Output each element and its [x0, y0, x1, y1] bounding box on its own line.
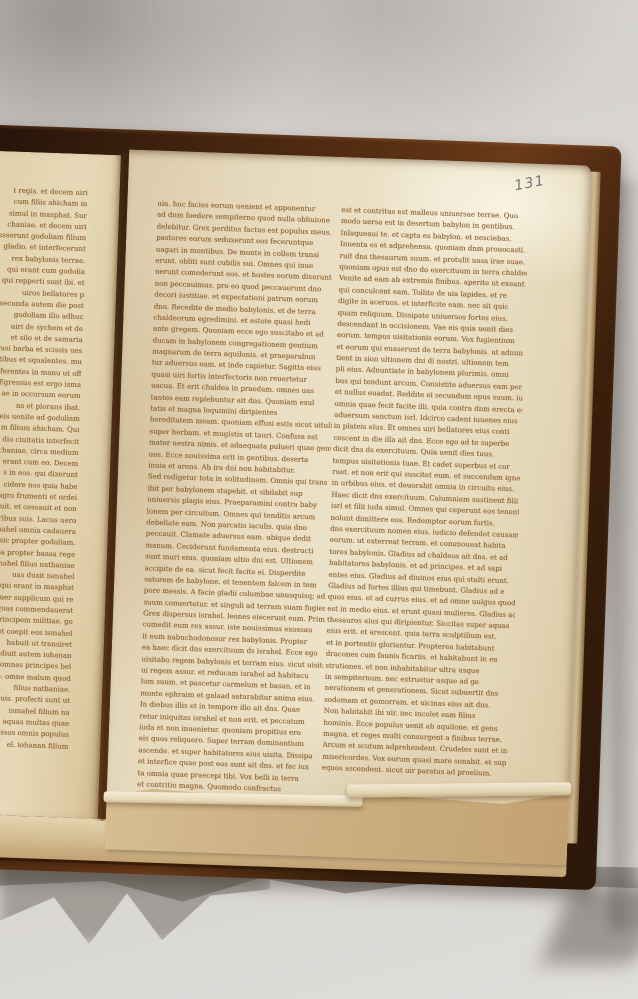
book-cast-shadow-peaks — [0, 866, 270, 944]
folded-page-edge-right — [347, 782, 571, 797]
recto-parchment-page: 131 uia. huc facies eorum uenient et app… — [105, 150, 591, 866]
text-column-left: uia. huc facies eorum uenient et apponen… — [137, 199, 340, 797]
book-cast-shadow-corner — [540, 886, 638, 964]
manuscript-codex: t regis. et decem uiricum filiis ahicham… — [0, 124, 622, 890]
text-column-right: est et contritus est malleus uniuersae t… — [322, 205, 530, 781]
pencil-folio-number: 131 — [513, 173, 547, 195]
previous-leaf-text-column: t regis. et decem uiricum filiis ahicham… — [0, 184, 88, 753]
photo-of-manuscript: { "folio_number": "131", "colors": { "ba… — [0, 0, 638, 999]
